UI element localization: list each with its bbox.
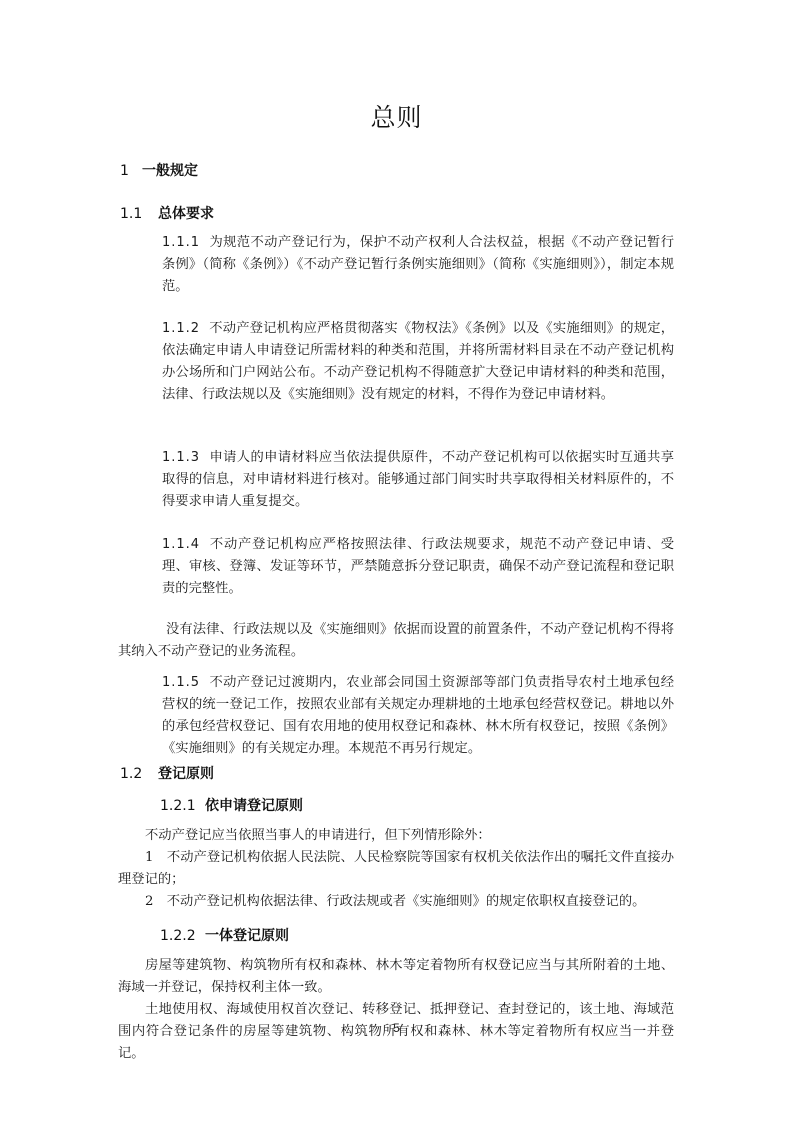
clause-1-1-5: 1.1.5不动产登记过渡期内，农业部会同国土资源部等部门负责指导农村土地承包经营… <box>162 672 674 760</box>
clause-number: 1.1.4 <box>162 537 200 552</box>
clause-text: 不动产登记机构应严格贯彻落实《物权法》《条例》以及《实施细则》的规定，依法确定申… <box>162 321 674 402</box>
clause-number: 1.1.1 <box>162 235 200 250</box>
section-heading-1-2-1: 1.2.1依申请登记原则 <box>160 795 303 815</box>
document-page: 总则 1一般规定 1.1总体要求 1.1.1为规范不动产登记行为，保护不动产权利… <box>0 0 793 1122</box>
principle-exception-1: 1 不动产登记机构依据人民法院、人民检察院等国家有权机关依法作出的嘱托文件直接办… <box>118 847 674 891</box>
page-title: 总则 <box>0 98 793 134</box>
clause-text: 没有法律、行政法规以及《实施细则》依据而设置的前置条件，不动产登记机构不得将其纳… <box>118 622 674 659</box>
section-heading-1-2: 1.2登记原则 <box>120 763 214 783</box>
clause-number: 1.1.2 <box>162 321 200 336</box>
clause-1-1-2: 1.1.2不动产登记机构应严格贯彻落实《物权法》《条例》以及《实施细则》的规定，… <box>162 318 674 406</box>
section-number: 1.2.1 <box>160 798 205 814</box>
clause-1-1-4-note: 没有法律、行政法规以及《实施细则》依据而设置的前置条件，不动产登记机构不得将其纳… <box>118 619 674 663</box>
integrated-principle-paragraph-1: 房屋等建筑物、构筑物所有权和森林、林木等定着物所有权登记应当与其所附着的土地、海… <box>118 955 674 999</box>
clause-text: 申请人的申请材料应当依法提供原件，不动产登记机构可以依据实时互通共享取得的信息，… <box>162 450 674 509</box>
clause-number: 1.1.3 <box>162 450 200 465</box>
section-number: 1 <box>120 163 142 179</box>
section-title: 登记原则 <box>158 766 214 782</box>
section-heading-1: 1一般规定 <box>120 160 198 180</box>
section-heading-1-1: 1.1总体要求 <box>120 203 214 223</box>
page-number: 5 <box>0 1021 793 1035</box>
section-heading-1-2-2: 1.2.2一体登记原则 <box>160 925 289 945</box>
clause-1-1-1: 1.1.1为规范不动产登记行为，保护不动产权利人合法权益，根据《不动产登记暂行条… <box>162 232 674 298</box>
section-number: 1.2 <box>120 766 158 782</box>
section-title: 一般规定 <box>142 163 198 179</box>
section-number: 1.2.2 <box>160 928 205 944</box>
section-title: 一体登记原则 <box>205 928 289 944</box>
section-title: 总体要求 <box>158 206 214 222</box>
clause-text: 不动产登记过渡期内，农业部会同国土资源部等部门负责指导农村土地承包经营权的统一登… <box>162 675 674 756</box>
principle-exception-2: 2 不动产登记机构依据法律、行政法规或者《实施细则》的规定依职权直接登记的。 <box>118 891 674 913</box>
clause-number: 1.1.5 <box>162 675 200 690</box>
principle-intro: 不动产登记应当依照当事人的申请进行，但下列情形除外： <box>118 825 674 847</box>
section-title: 依申请登记原则 <box>205 798 303 814</box>
clause-text: 不动产登记机构应严格按照法律、行政法规要求，规范不动产登记申请、受理、审核、登簿… <box>162 537 674 596</box>
clause-1-1-4: 1.1.4不动产登记机构应严格按照法律、行政法规要求，规范不动产登记申请、受理、… <box>162 534 674 600</box>
section-number: 1.1 <box>120 206 158 222</box>
clause-1-1-3: 1.1.3申请人的申请材料应当依法提供原件，不动产登记机构可以依据实时互通共享取… <box>162 447 674 513</box>
clause-text: 为规范不动产登记行为，保护不动产权利人合法权益，根据《不动产登记暂行条例》（简称… <box>162 235 674 294</box>
